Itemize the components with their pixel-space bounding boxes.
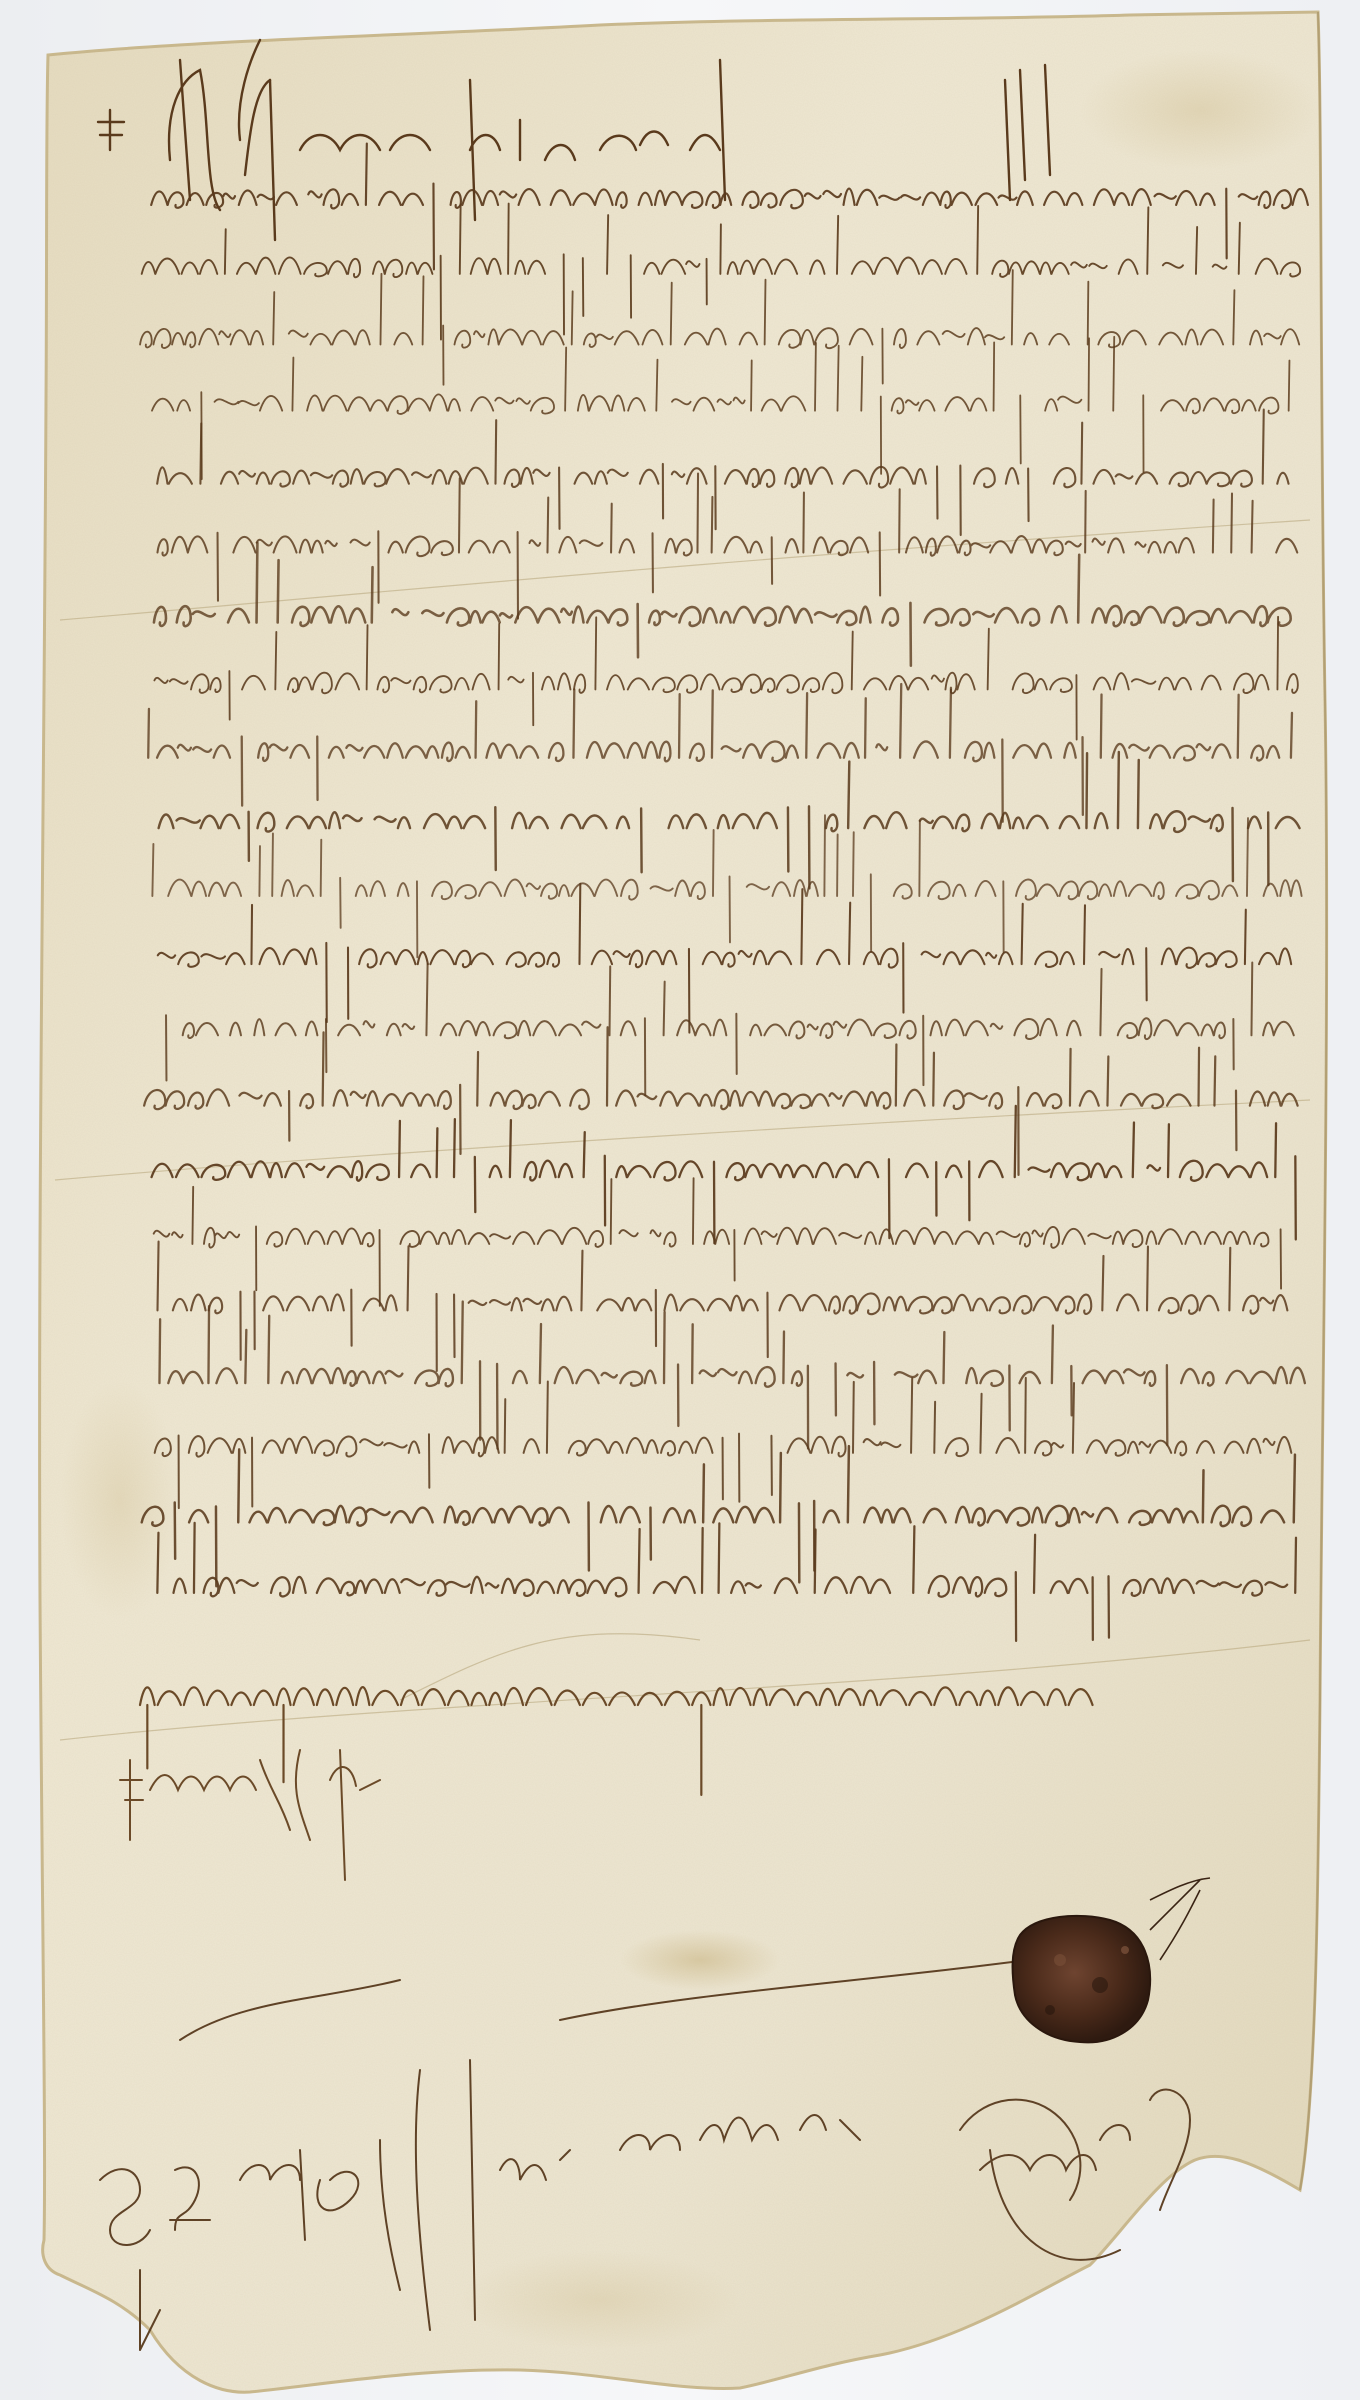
manuscript-document xyxy=(0,0,1360,2400)
viewer-background: Parchment charter written in cursive scr… xyxy=(0,0,1360,2400)
stain xyxy=(620,1930,780,1990)
